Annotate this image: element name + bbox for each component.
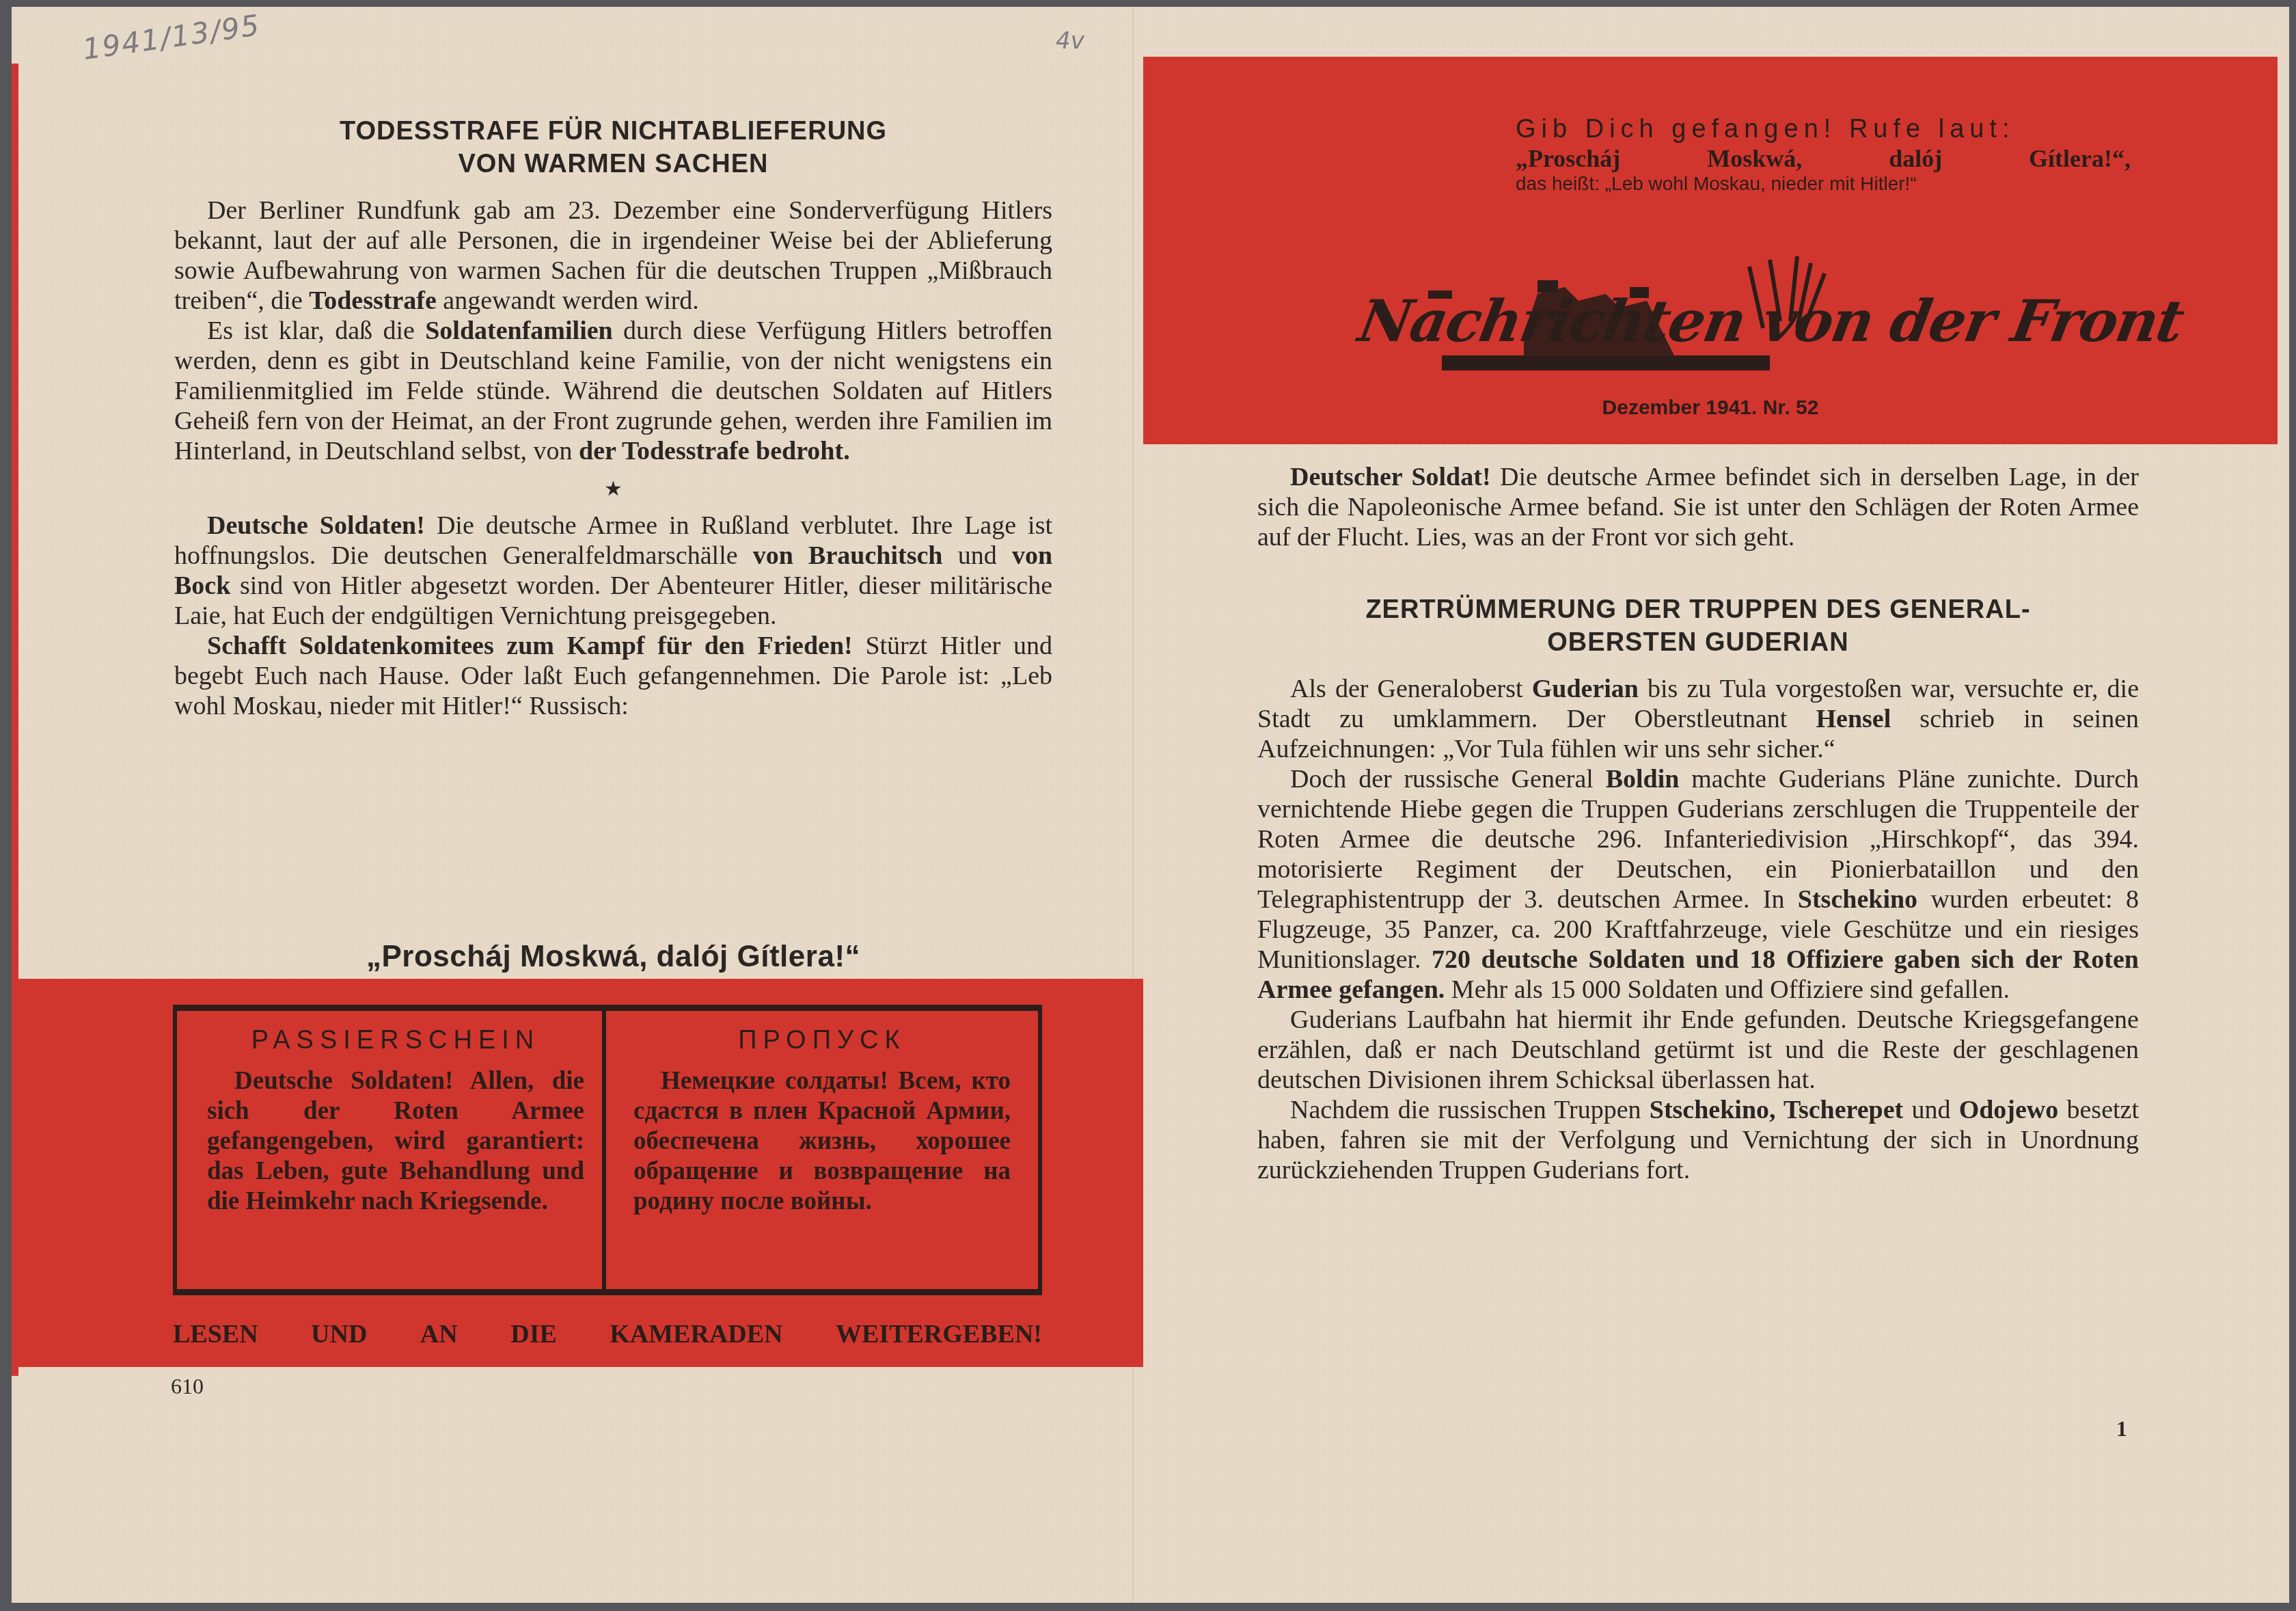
surrender-call-line2: „Proscháj Moskwá, dalój Gítlera!“, [1516, 144, 2131, 173]
pass-german: PASSIERSCHEIN Deutsche Soldaten! Allen, … [177, 1011, 602, 1289]
footer-word: WEITERGEBEN! [836, 1319, 1042, 1349]
right-body: Als der Generaloberst Guderian bis zu Tu… [1257, 674, 2139, 1185]
paragraph: Guderians Laufbahn hat hiermit ihr Ende … [1257, 1005, 2139, 1095]
pass-footer: LESEN UND AN DIE KAMERADEN WEITERGEBEN! [173, 1319, 1042, 1349]
left-body-2: Deutsche Soldaten! Die deutsche Armee in… [174, 511, 1052, 721]
headline-line: ZERTRÜMMERUNG DER TRUPPEN DES GENERAL- [1257, 593, 2139, 626]
pass-german-title: PASSIERSCHEIN [207, 1026, 584, 1055]
left-headline: TODESSTRAFE FÜR NICHTABLIEFERUNG VON WAR… [174, 115, 1052, 180]
safe-conduct-pass: PASSIERSCHEIN Deutsche Soldaten! Allen, … [173, 1005, 1042, 1295]
right-page-article: Deutscher Soldat! Die deutsche Armee bef… [1257, 462, 2139, 1185]
footer-word: AN [420, 1319, 458, 1349]
surrender-call: Gib Dich gefangen! Rufe laut: „Proscháj … [1516, 115, 2131, 195]
masthead-title: Nachrichten von der Front [1354, 287, 2188, 355]
headline-line: TODESSTRAFE FÜR NICHTABLIEFERUNG [174, 115, 1052, 148]
call-word: dalój [1889, 144, 1942, 173]
paragraph: Nachdem die russischen Truppen Stschekin… [1257, 1095, 2139, 1185]
surrender-call-line3: das heißt: „Leb wohl Moskau, nieder mit … [1516, 173, 2131, 195]
paragraph: Schafft Soldatenkomitees zum Kampf für d… [174, 631, 1052, 721]
issue-date: Dezember 1941. Nr. 52 [1143, 396, 2278, 420]
pass-german-text: Deutsche Soldaten! Allen, die sich der R… [207, 1066, 584, 1217]
print-number: 610 [171, 1374, 204, 1399]
footer-word: UND [311, 1319, 367, 1349]
headline-line: VON WARMEN SACHEN [174, 148, 1052, 180]
paragraph: Deutsche Soldaten! Die deutsche Armee in… [174, 511, 1052, 631]
paragraph: Deutscher Soldat! Die deutsche Armee bef… [1257, 462, 2139, 552]
russian-slogan: „Proscháj Moskwá, dalój Gítlera!“ [174, 940, 1052, 974]
pass-russian: ПРОПУСК Немецкие солдаты! Всем, кто сдас… [602, 1011, 1038, 1289]
star-separator-icon: ★ [174, 477, 1052, 501]
paragraph: Als der Generaloberst Guderian bis zu Tu… [1257, 674, 2139, 764]
left-body-1: Der Berliner Rundfunk gab am 23. Dezembe… [174, 195, 1052, 466]
paragraph: Es ist klar, daß die Soldatenfamilien du… [174, 316, 1052, 466]
call-word: Gítlera!“, [2029, 144, 2131, 173]
footer-word: DIE [510, 1319, 557, 1349]
left-page-article: TODESSTRAFE FÜR NICHTABLIEFERUNG VON WAR… [174, 115, 1052, 721]
corner-mark-annotation: 4v [1056, 27, 1084, 55]
footer-word: KAMERADEN [610, 1319, 782, 1349]
pass-russian-text: Немецкие солдаты! Всем, кто сдастся в пл… [633, 1066, 1011, 1217]
call-word: „Proscháj [1516, 144, 1620, 173]
right-intro: Deutscher Soldat! Die deutsche Armee bef… [1257, 462, 2139, 552]
headline-line: OBERSTEN GUDERIAN [1257, 626, 2139, 659]
right-headline: ZERTRÜMMERUNG DER TRUPPEN DES GENERAL- O… [1257, 593, 2139, 659]
footer-word: LESEN [173, 1319, 258, 1349]
pass-russian-title: ПРОПУСК [633, 1026, 1011, 1055]
call-word: Moskwá, [1707, 144, 1802, 173]
paragraph: Der Berliner Rundfunk gab am 23. Dezembe… [174, 195, 1052, 316]
paragraph: Doch der russische General Boldin machte… [1257, 764, 2139, 1005]
masthead-logo: Nachrichten von der Front [1360, 253, 2002, 376]
surrender-call-line1: Gib Dich gefangen! Rufe laut: [1516, 115, 2131, 144]
page-number: 1 [2116, 1416, 2127, 1441]
